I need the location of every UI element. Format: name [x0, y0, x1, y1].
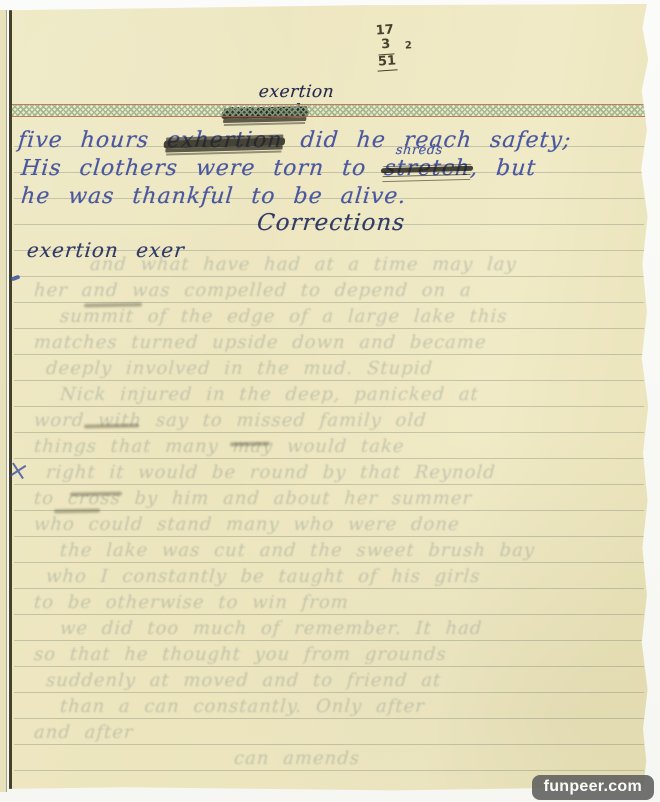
- ghost-line: than a can constantly. Only after: [59, 694, 627, 720]
- ghost-line: and what have had at a time may lay: [89, 252, 627, 278]
- ghost-line: who could stand many who were done: [33, 512, 627, 538]
- ghost-line: and after: [33, 720, 627, 746]
- ghost-line: deeply involved in the mud. Stupid: [45, 356, 627, 382]
- ghost-line: can amends: [233, 746, 627, 772]
- date-superscript: 2: [405, 40, 413, 51]
- handwriting-line-2: His clothers were torn to shredsstretch,…: [20, 156, 537, 181]
- ghost-text: and what have had at a time may layher a…: [34, 252, 626, 772]
- adjacent-page-edge: [0, 10, 7, 792]
- line2-correction-group: shredsstretch: [383, 156, 471, 181]
- line2-struck-word: stretch: [383, 156, 471, 181]
- correction-word-exertion: exertion: [258, 82, 335, 102]
- ghost-line: things that many may would take: [33, 434, 627, 460]
- corrections-heading: Corrections: [256, 210, 406, 236]
- ink-smudge: [54, 509, 100, 514]
- ghost-line: to be otherwise to win from: [33, 590, 627, 616]
- ghost-line: the lake was cut and the sweet brush bay: [59, 538, 627, 564]
- date-month: 3: [377, 38, 394, 55]
- line1-text: five hours: [17, 128, 150, 153]
- ghost-line: matches turned upside down and became: [33, 330, 627, 356]
- line1-struck-word: exhertion: [166, 128, 284, 153]
- ghost-line: we did too much of remember. It had: [59, 616, 627, 642]
- ghost-line: right it would be round by that Reynold: [45, 460, 627, 486]
- ghost-line: word with say to missed family old: [33, 408, 627, 434]
- ghost-line: Nick injured in the deep, panicked at: [59, 382, 627, 408]
- printed-head-rule: [12, 104, 646, 117]
- ghost-line: who I constantly be taught of his girls: [45, 564, 627, 590]
- ghost-line: to cross by him and about her summer: [33, 486, 627, 512]
- date-year: 51: [377, 54, 398, 72]
- handwriting-line-3: he was thankful to be alive.: [20, 184, 407, 209]
- handwriting-line-1: five hours exhertion did he reach safety…: [17, 128, 572, 153]
- date-stack: 17 3 51 2: [366, 23, 405, 72]
- line2-text-after: , but: [469, 156, 537, 181]
- ghost-line: summit of the edge of a large lake this: [59, 304, 627, 330]
- ink-smudge: [230, 442, 270, 447]
- notebook-page: 17 3 51 2 exertion exsearch five hours e…: [9, 4, 654, 792]
- ghost-line: so that he thought you from grounds: [33, 642, 627, 668]
- ghost-line: suddenly at moved and to friend at: [45, 668, 627, 694]
- watermark-badge: funpeer.com: [532, 775, 654, 800]
- line2-text: His clothers were torn to: [20, 156, 367, 181]
- ghost-line: her and was compelled to depend on a: [33, 278, 627, 304]
